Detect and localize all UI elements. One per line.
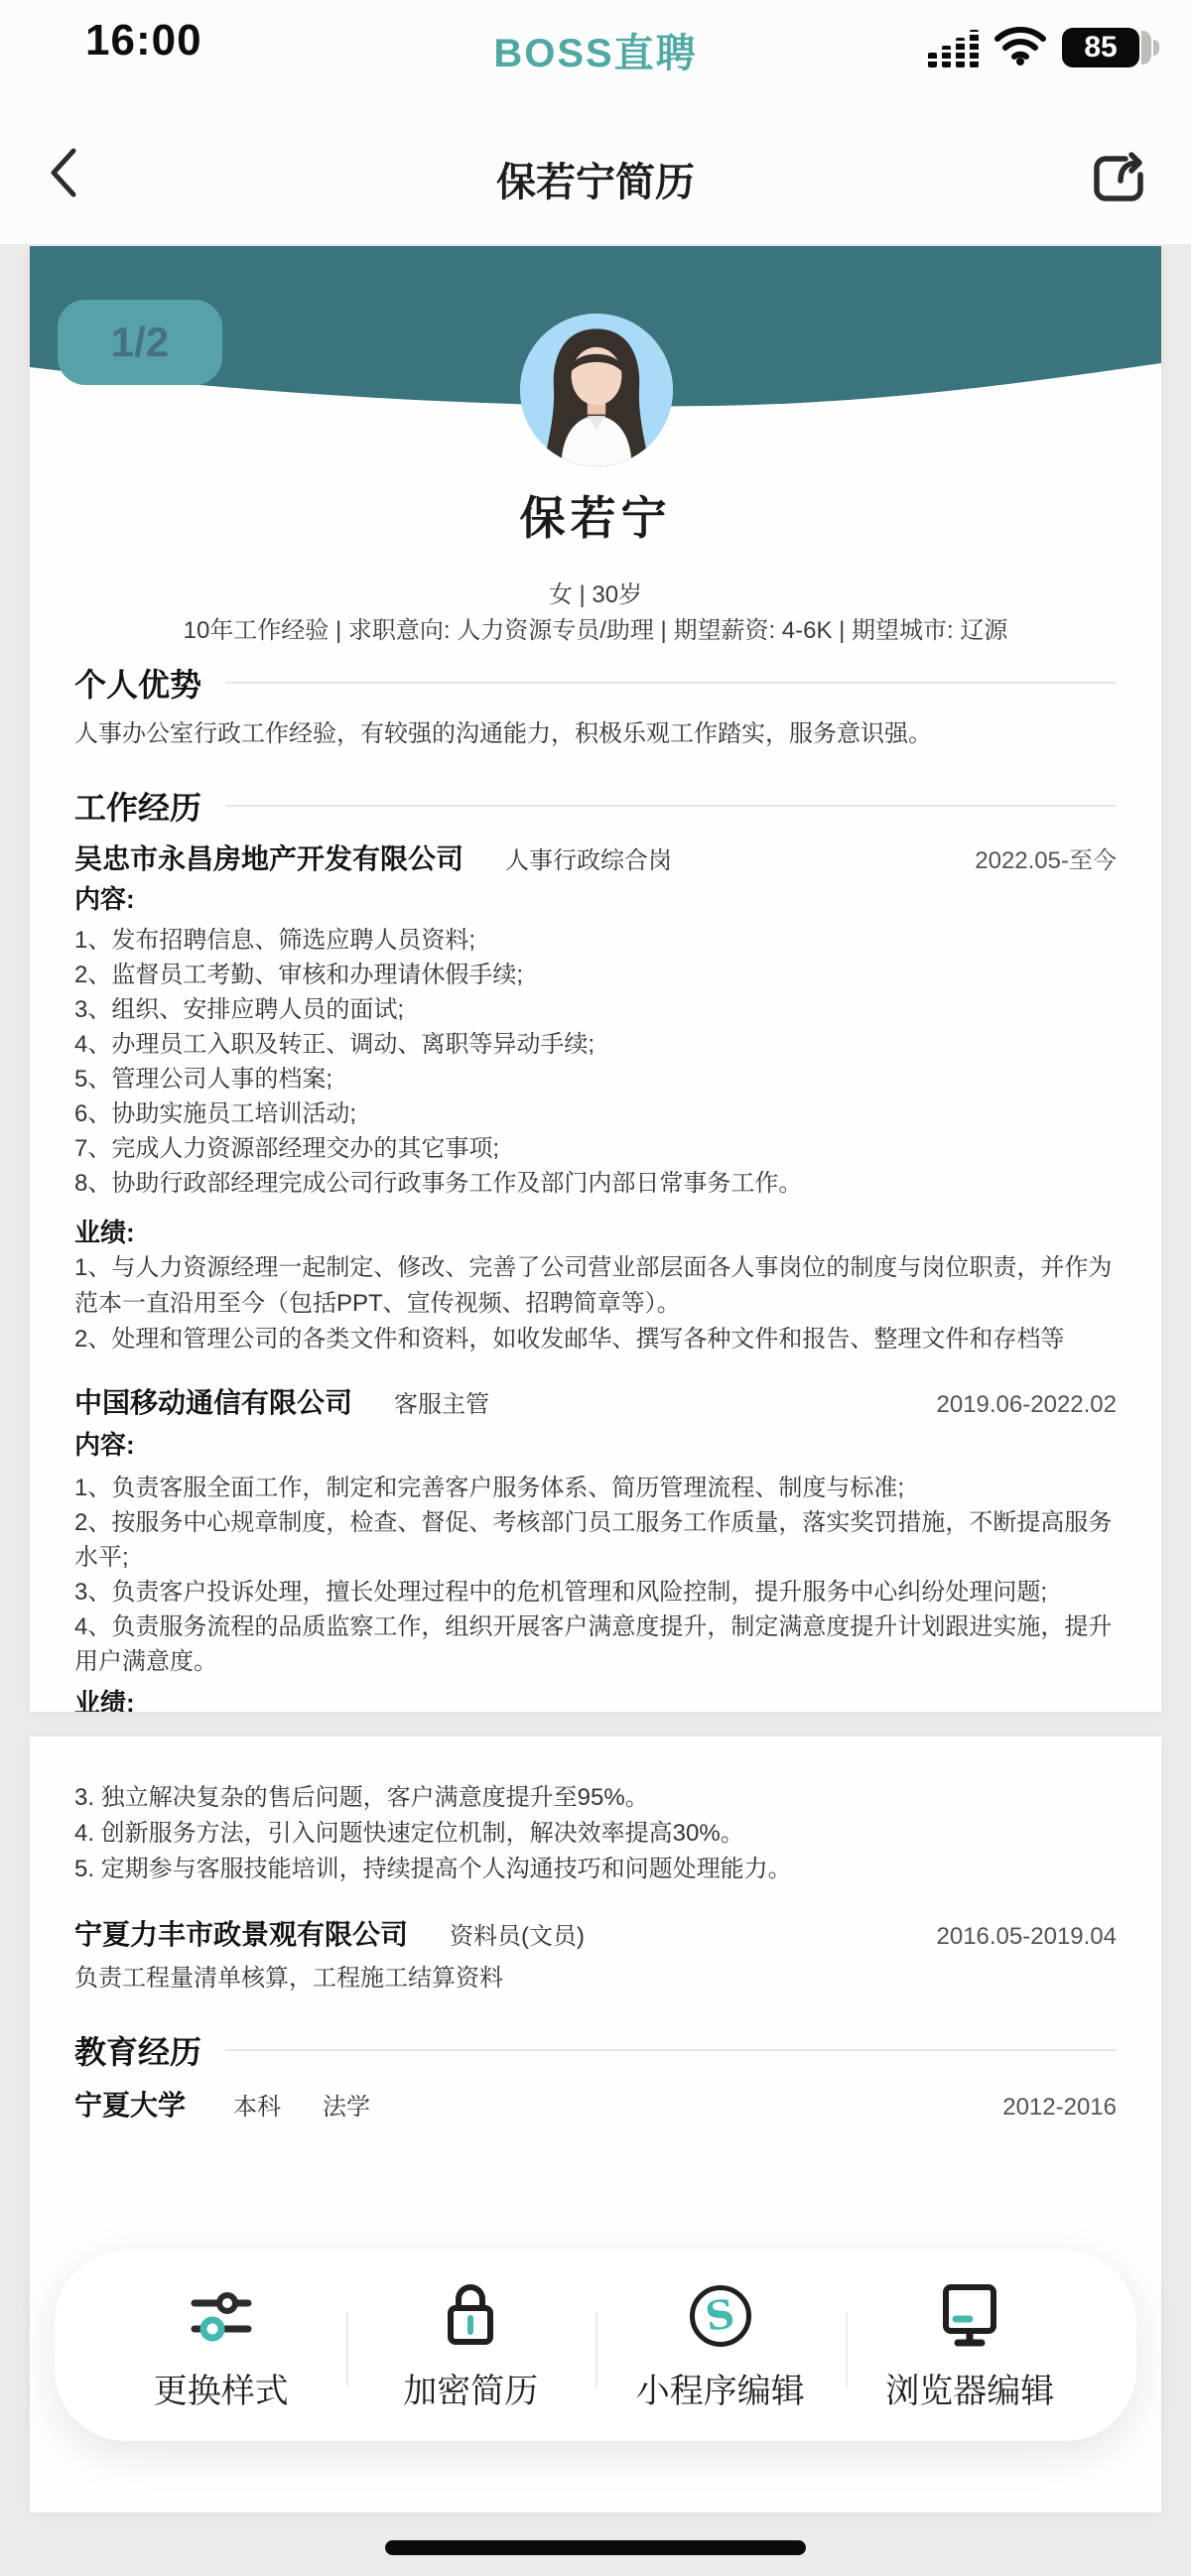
resume-card-page1: 1/2 保若宁 女 | 30岁 10年工作经验 | 求职意向: 人力资源专员/助… (30, 246, 1161, 1712)
candidate-meta-basic: 女 | 30岁 (74, 578, 1117, 613)
job-achievement: 1、与人力资源经理一起制定、修改、完善了公司营业部层面各人事岗位的制度与岗位职责… (74, 1250, 1117, 1322)
job-achievement: 3. 独立解决复杂的售后问题，客户满意度提升至95%。 (74, 1780, 1117, 1816)
change-style-button[interactable]: 更换样式 (96, 2251, 346, 2441)
status-icons: 85 (928, 26, 1159, 69)
section-work: 工作经历 (74, 788, 1117, 824)
job-header: 吴忠市永昌房地产开发有限公司 人事行政综合岗 2022.05-至今 (74, 837, 1117, 875)
section-advantage: 个人优势 (74, 665, 1117, 701)
section-divider (225, 805, 1117, 807)
avatar (520, 314, 673, 466)
content-label: 内容: (74, 1427, 1117, 1463)
miniprogram-icon: S (685, 2280, 756, 2352)
job-position: 资料员(文员) (450, 1916, 585, 1951)
job-duty: 4、办理员工入职及转正、调动、离职等异动手续; (74, 1027, 1117, 1062)
share-icon[interactable] (1090, 149, 1149, 208)
job-duty: 2、按服务中心规章制度，检查、督促、考核部门员工服务工作质量，落实奖罚措施，不断… (74, 1505, 1117, 1575)
signal-strength-icon (928, 28, 979, 67)
page-title: 保若宁简历 (0, 151, 1191, 207)
browser-edit-button[interactable]: 浏览器编辑 (846, 2251, 1096, 2441)
browser-monitor-icon (934, 2280, 1005, 2352)
job-description: 负责工程量清单核算，工程施工结算资料 (74, 1961, 1117, 1996)
job-period: 2022.05-至今 (975, 840, 1117, 875)
job-position: 客服主管 (394, 1384, 489, 1419)
wifi-icon (994, 26, 1046, 70)
candidate-meta-intention: 10年工作经验 | 求职意向: 人力资源专员/助理 | 期望薪资: 4-6K |… (74, 613, 1117, 649)
achievement-label: 业绩: (74, 1215, 1117, 1250)
sliders-icon (186, 2280, 257, 2352)
job-company: 中国移动通信有限公司 (74, 1381, 352, 1421)
job-duty: 1、发布招聘信息、筛选应聘人员资料; (74, 923, 1117, 958)
education-row: 宁夏大学 本科 法学 2012-2016 (74, 2084, 1117, 2122)
job-duty: 3、组织、安排应聘人员的面试; (74, 992, 1117, 1027)
job-duty-list: 1、发布招聘信息、筛选应聘人员资料; 2、监督员工考勤、审核和办理请休假手续; … (74, 923, 1117, 1201)
toolbar-item-label: 更换样式 (154, 2364, 289, 2412)
job-position: 人事行政综合岗 (505, 840, 672, 875)
section-title: 工作经历 (74, 783, 201, 829)
job-header: 宁夏力丰市政景观有限公司 资料员(文员) 2016.05-2019.04 (74, 1913, 1117, 1951)
section-title: 教育经历 (74, 2027, 201, 2073)
job-header: 中国移动通信有限公司 客服主管 2019.06-2022.02 (74, 1381, 1117, 1419)
battery-icon: 85 (1062, 28, 1159, 67)
job-duty: 7、完成人力资源部经理交办的其它事项; (74, 1131, 1117, 1166)
section-divider (225, 2049, 1117, 2051)
content-label: 内容: (74, 881, 1117, 917)
home-indicator[interactable] (385, 2540, 806, 2555)
candidate-name: 保若宁 (74, 494, 1117, 542)
encrypt-resume-button[interactable]: 加密简历 (346, 2251, 596, 2441)
section-divider (225, 682, 1117, 684)
education-degree: 本科 (233, 2087, 281, 2122)
job-duty-list: 1、负责客服全面工作，制定和完善客户服务体系、简历管理流程、制度与标准; 2、按… (74, 1471, 1117, 1679)
lock-icon (435, 2280, 506, 2352)
job-achievement: 2、处理和管理公司的各类文件和资料，如收发邮华、撰写各种文件和报告、整理文件和存… (74, 1322, 1117, 1357)
toolbar-item-label: 浏览器编辑 (885, 2364, 1054, 2412)
job-duty: 1、负责客服全面工作，制定和完善客户服务体系、简历管理流程、制度与标准; (74, 1471, 1117, 1505)
job-achievement-list: 1、与人力资源经理一起制定、修改、完善了公司营业部层面各人事岗位的制度与岗位职责… (74, 1250, 1117, 1357)
job-duty: 3、负责客户投诉处理，擅长处理过程中的危机管理和风险控制，提升服务中心纠纷处理问… (74, 1575, 1117, 1610)
toolbar-item-label: 加密简历 (403, 2364, 538, 2412)
app-screen: 16:00 BOSS直聘 85 (0, 0, 1191, 2576)
job-duty: 2、监督员工考勤、审核和办理请休假手续; (74, 958, 1117, 992)
advantage-text: 人事办公室行政工作经验，有较强的沟通能力，积极乐观工作踏实，服务意识强。 (74, 716, 1117, 752)
job-company: 吴忠市永昌房地产开发有限公司 (74, 837, 463, 877)
toolbar-item-label: 小程序编辑 (636, 2364, 805, 2412)
bottom-toolbar: 更换样式 加密简历 S 小程序编辑 (55, 2251, 1136, 2441)
miniprogram-edit-button[interactable]: S 小程序编辑 (595, 2251, 846, 2441)
resume-scroll-area[interactable]: 1/2 保若宁 女 | 30岁 10年工作经验 | 求职意向: 人力资源专员/助… (0, 244, 1191, 2576)
status-bar: 16:00 BOSS直聘 85 (0, 0, 1191, 89)
job-company: 宁夏力丰市政景观有限公司 (74, 1913, 408, 1953)
job-duty: 8、协助行政部经理完成公司行政事务工作及部门内部日常事务工作。 (74, 1166, 1117, 1201)
education-school: 宁夏大学 (74, 2084, 186, 2124)
nav-bar: 保若宁简历 (0, 89, 1191, 244)
page-number-badge: 1/2 (58, 300, 222, 385)
education-major: 法学 (323, 2087, 370, 2122)
achievement-label: 业绩: (74, 1685, 1117, 1712)
section-education: 教育经历 (74, 2032, 1117, 2068)
job-period: 2016.05-2019.04 (937, 1923, 1118, 1951)
job-duty: 5、管理公司人事的档案; (74, 1062, 1117, 1096)
job-achievement: 5. 定期参与客服技能培训，持续提高个人沟通技巧和问题处理能力。 (74, 1852, 1117, 1887)
battery-percent: 85 (1062, 28, 1139, 67)
job-duty: 6、协助实施员工培训活动; (74, 1096, 1117, 1131)
job-duty: 4、负责服务流程的品质监察工作，组织开展客户满意度提升，制定满意度提升计划跟进实… (74, 1610, 1117, 1679)
section-title: 个人优势 (74, 660, 201, 706)
job-achievement-list-continued: 3. 独立解决复杂的售后问题，客户满意度提升至95%。 4. 创新服务方法，引入… (74, 1780, 1117, 1887)
education-period: 2012-2016 (1002, 2094, 1117, 2122)
job-period: 2019.06-2022.02 (937, 1391, 1118, 1419)
job-achievement: 4. 创新服务方法，引入问题快速定位机制，解决效率提高30%。 (74, 1816, 1117, 1852)
